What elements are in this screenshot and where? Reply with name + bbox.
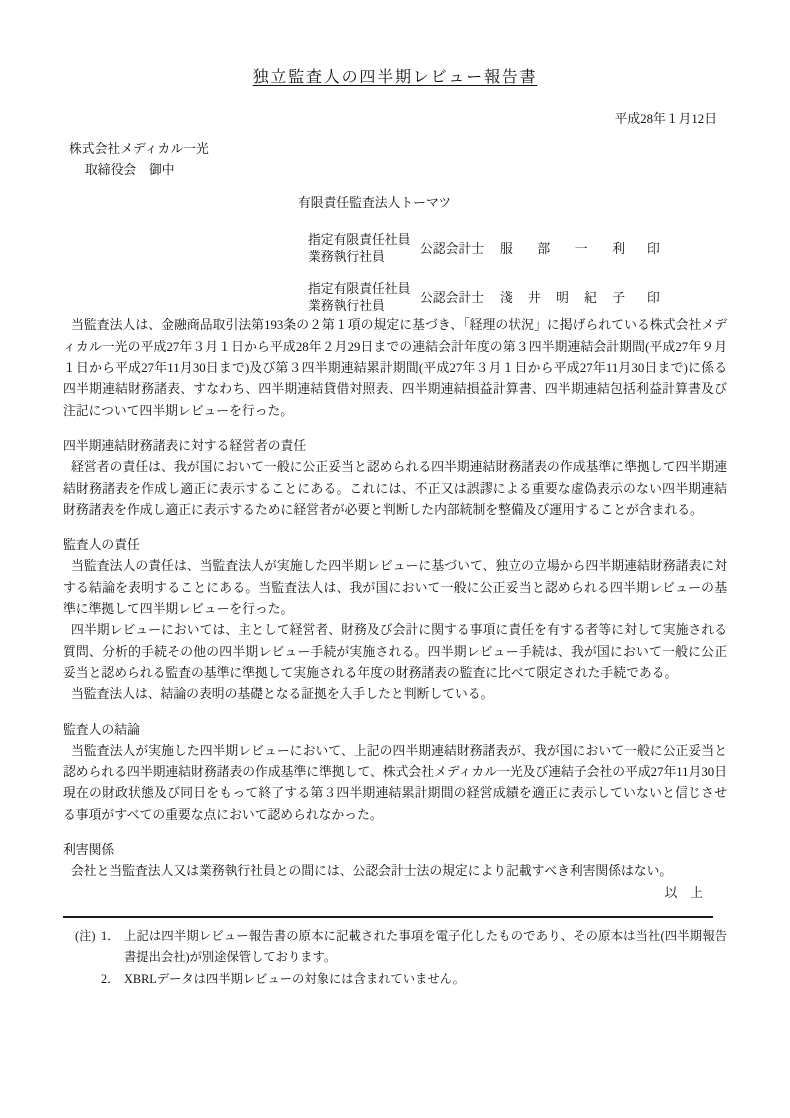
signatory-row: 指定有限責任社員 業務執行社員 公認会計士 服部一利 印 [63, 232, 727, 266]
section-auditors-conclusion: 監査人の結論 当監査法人が実施した四半期レビューにおいて、上記の四半期連結財務諸… [63, 720, 727, 826]
audit-firm-name: 有限責任監査法人トーマツ [298, 193, 727, 214]
signatory-title: 公認会計士 [420, 239, 500, 260]
notes-label: (注) [75, 926, 101, 990]
signatory-seal: 印 [647, 239, 660, 260]
intro-paragraph: 当監査法人は、金融商品取引法第193条の２第１項の規定に基づき、「経理の状況」に… [63, 315, 727, 421]
signatory-role-line1: 指定有限責任社員 [308, 232, 420, 249]
note-number: 1． [101, 926, 124, 969]
section-auditors-responsibility: 監査人の責任 当監査法人の責任は、当監査法人が実施した四半期レビューに基づいて、… [63, 535, 727, 705]
section-paragraph: 当監査法人は、結論の表明の基礎となる証拠を入手したと判断している。 [63, 684, 727, 705]
note-items: 1． 上記は四半期レビュー報告書の原本に記載された事項を電子化したものであり、そ… [101, 926, 727, 990]
signatory-role: 指定有限責任社員 業務執行社員 [308, 232, 420, 266]
section-paragraph: 当監査法人が実施した四半期レビューにおいて、上記の四半期連結財務諸表が、我が国に… [63, 741, 727, 826]
closing-mark: 以 上 [63, 883, 727, 904]
section-paragraph: 会社と当監査法人又は業務執行社員との間には、公認会計士法の規定により記載すべき利… [63, 861, 727, 882]
section-managers-responsibility: 四半期連結財務諸表に対する経営者の責任 経営者の責任は、我が国において一般に公正… [63, 436, 727, 521]
report-date: 平成28年１月12日 [63, 109, 727, 130]
section-paragraph: 当監査法人の責任は、当監査法人が実施した四半期レビューに基づいて、独立の立場から… [63, 556, 727, 620]
section-heading: 監査人の責任 [63, 535, 727, 556]
signatory-row: 指定有限責任社員 業務執行社員 公認会計士 淺井明紀子 印 [63, 281, 727, 315]
note-number: 2． [101, 969, 124, 990]
section-heading: 監査人の結論 [63, 720, 727, 741]
signatory-name: 服部一利 [500, 239, 625, 260]
signatory-title: 公認会計士 [420, 288, 500, 309]
signatory-role-line2: 業務執行社員 [308, 249, 420, 266]
note-item: 2． XBRLデータは四半期レビューの対象には含まれていません。 [101, 969, 727, 990]
addressee-board: 取締役会 御中 [85, 160, 727, 181]
note-item: 1． 上記は四半期レビュー報告書の原本に記載された事項を電子化したものであり、そ… [101, 926, 727, 969]
notes-block: (注) 1． 上記は四半期レビュー報告書の原本に記載された事項を電子化したもので… [63, 926, 727, 990]
section-paragraph: 四半期レビューにおいては、主として経営者、財務及び会計に関する事項に責任を有する… [63, 620, 727, 684]
signatory-role-line1: 指定有限責任社員 [308, 281, 420, 298]
divider-rule [63, 916, 713, 918]
section-heading: 四半期連結財務諸表に対する経営者の責任 [63, 436, 727, 457]
note-text: XBRLデータは四半期レビューの対象には含まれていません。 [124, 969, 727, 990]
addressee-company: 株式会社メディカル一光 [69, 139, 727, 160]
signatory-role: 指定有限責任社員 業務執行社員 [308, 281, 420, 315]
addressee-block: 株式会社メディカル一光 取締役会 御中 [63, 139, 727, 182]
signatory-name: 淺井明紀子 [500, 288, 625, 309]
note-text: 上記は四半期レビュー報告書の原本に記載された事項を電子化したものであり、その原本… [124, 926, 727, 969]
section-paragraph: 経営者の責任は、我が国において一般に公正妥当と認められる四半期連結財務諸表の作成… [63, 457, 727, 521]
signatory-role-line2: 業務執行社員 [308, 298, 420, 315]
section-heading: 利害関係 [63, 840, 727, 861]
section-interests: 利害関係 会社と当監査法人又は業務執行社員との間には、公認会計士法の規定により記… [63, 840, 727, 883]
report-page: 独立監査人の四半期レビュー報告書 平成28年１月12日 株式会社メディカル一光 … [0, 0, 790, 1118]
report-title: 独立監査人の四半期レビュー報告書 [63, 67, 727, 88]
signatory-seal: 印 [647, 288, 660, 309]
